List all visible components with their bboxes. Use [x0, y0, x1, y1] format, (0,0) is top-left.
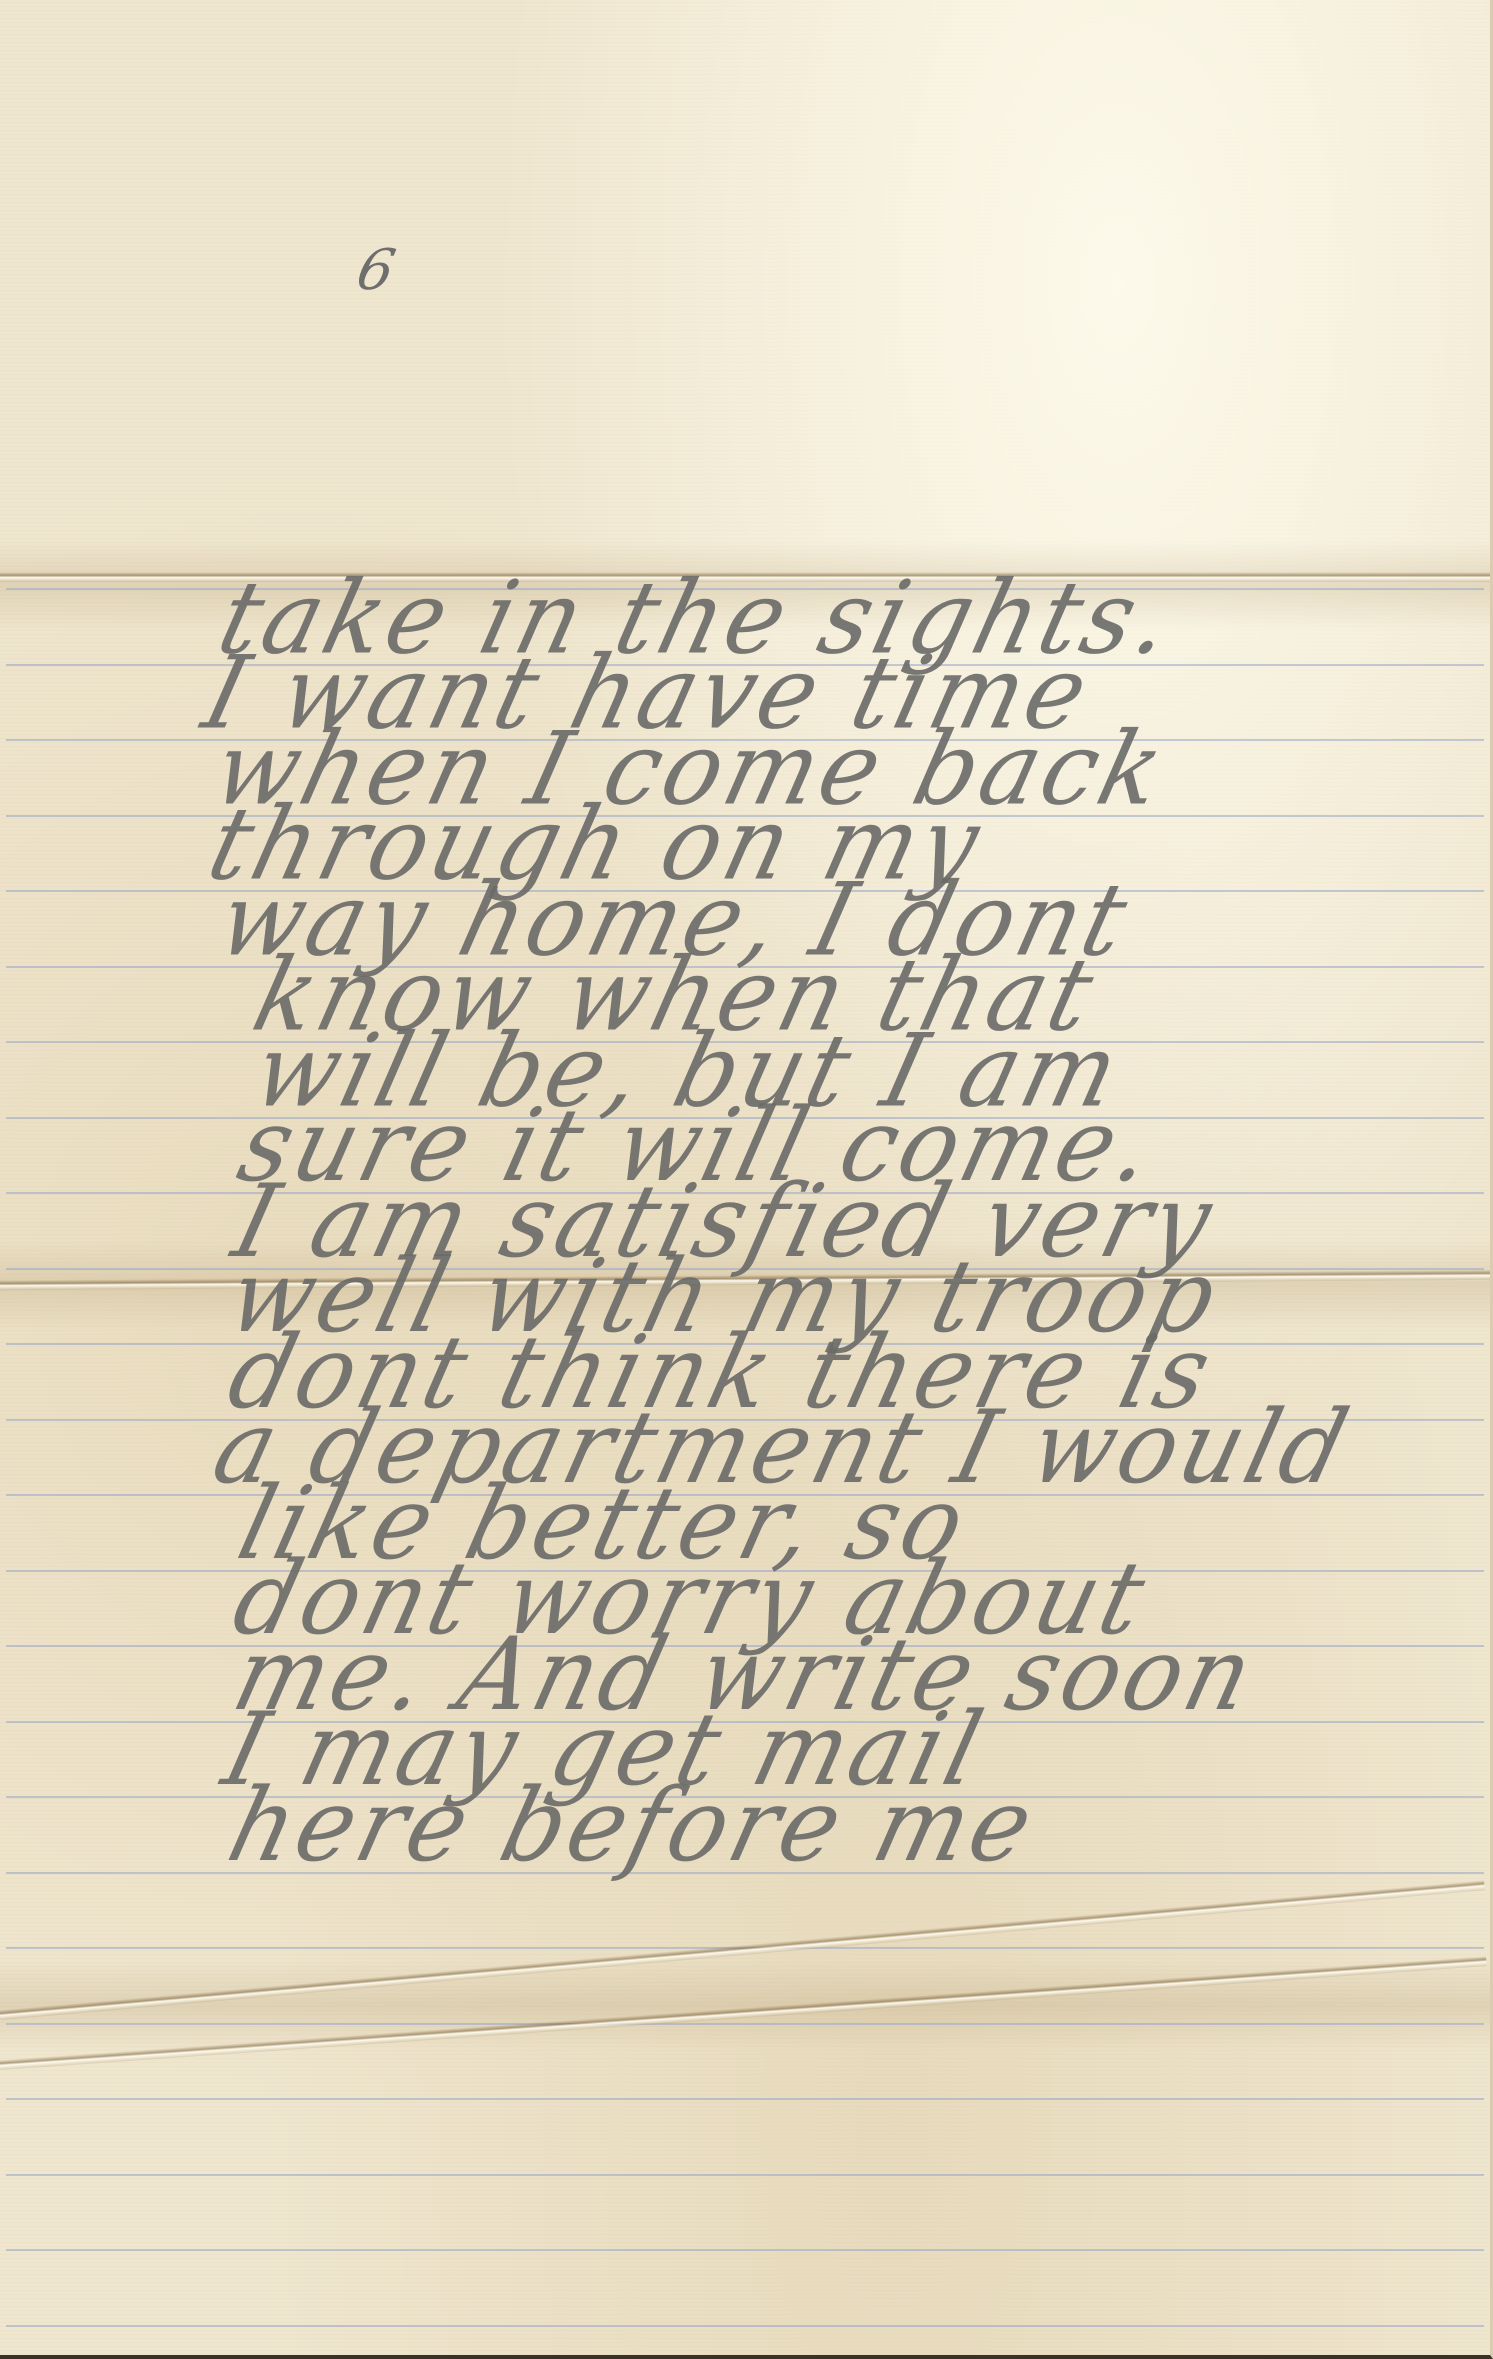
ruled-line: [6, 2249, 1484, 2251]
ruled-line: [6, 2174, 1484, 2176]
ruled-line: [6, 2325, 1484, 2327]
letter-page: 6 take in the sights.I want have timewhe…: [0, 0, 1493, 2359]
ruled-line: [6, 2098, 1484, 2100]
ruled-line: [6, 2023, 1484, 2025]
handwritten-line: here before me: [220, 1775, 1046, 1876]
page-number: 6: [351, 238, 400, 303]
